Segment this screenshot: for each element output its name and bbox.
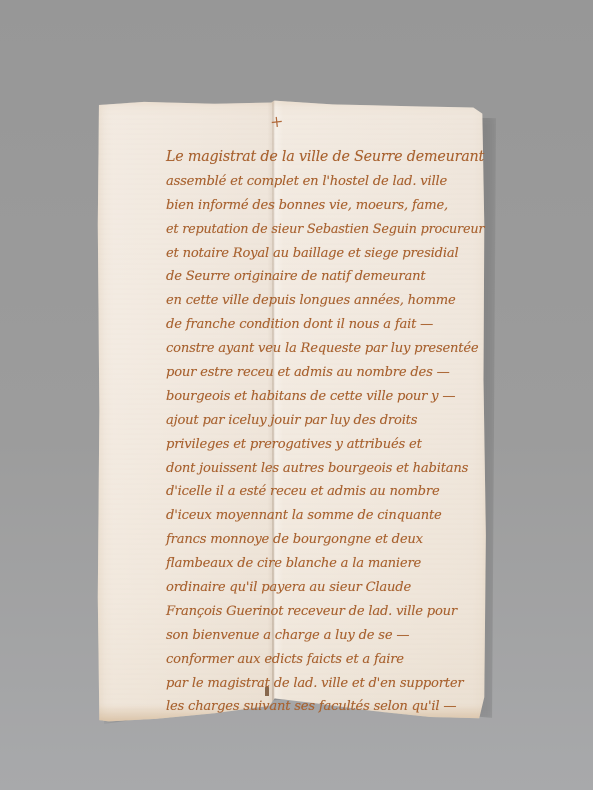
manuscript-line-17: francs monnoye de bourgongne et deux: [166, 528, 484, 552]
manuscript-line-20: François Guerinot receveur de lad. ville…: [166, 600, 484, 624]
manuscript-line-7: en cette ville depuis longues années, ho…: [166, 289, 484, 313]
header-cross-mark: +: [269, 111, 284, 131]
manuscript-line-13: privileges et prerogatives y attribués e…: [166, 433, 484, 457]
manuscript-line-5: et notaire Royal au baillage et siege pr…: [166, 242, 484, 266]
manuscript-line-6: de Seurre originaire de natif demeurant: [166, 265, 484, 289]
manuscript-line-2: assemblé et complet en l'hostel de lad. …: [166, 170, 484, 194]
manuscript-line-8: de franche condition dont il nous a fait…: [166, 313, 484, 337]
manuscript-line-9: constre ayant veu la Requeste par luy pr…: [166, 337, 484, 361]
manuscript-line-15: d'icelle il a esté receu et admis au nom…: [166, 480, 484, 504]
manuscript-line-14: dont jouissent les autres bourgeois et h…: [166, 457, 484, 481]
manuscript-line-19: ordinaire qu'il payera au sieur Claude: [166, 576, 484, 600]
manuscript-line-18: flambeaux de cire blanche a la maniere: [166, 552, 484, 576]
manuscript-line-3: bien informé des bonnes vie, moeurs, fam…: [166, 194, 484, 218]
manuscript-line-12: ajout par iceluy jouir par luy des droit…: [166, 409, 484, 433]
manuscript-line-1: Le magistrat de la ville de Seurre demeu…: [166, 146, 481, 170]
handwritten-text-block: Le magistrat de la ville de Seurre demeu…: [166, 146, 486, 719]
manuscript-line-4: et reputation de sieur Sebastien Seguin …: [166, 218, 476, 242]
photo-stage: + Le magistrat de la ville de Seurre dem…: [0, 0, 593, 790]
manuscript-line-21: son bienvenue a charge a luy de se —: [166, 624, 484, 648]
manuscript-line-24: les charges suivant ses facultés selon q…: [166, 695, 484, 719]
manuscript-line-23: par le magistrat de lad. ville et d'en s…: [166, 672, 484, 696]
manuscript-line-11: bourgeois et habitans de cette ville pou…: [166, 385, 484, 409]
manuscript-line-16: d'iceux moyennant la somme de cinquante: [166, 504, 484, 528]
manuscript-line-22: conformer aux edicts faicts et a faire: [166, 648, 484, 672]
manuscript-line-10: pour estre receu et admis au nombre des …: [166, 361, 484, 385]
